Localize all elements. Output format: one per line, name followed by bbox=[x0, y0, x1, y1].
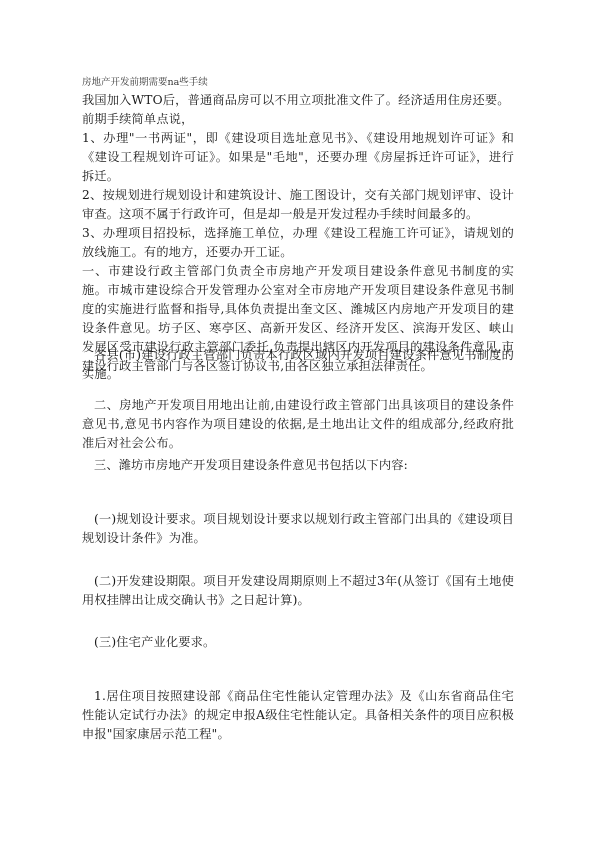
county-paragraph: 各县(市)建设行政主管部门负责本行政区域内开发项目建设条件意见书制度的实施。 bbox=[82, 346, 514, 384]
item-one-paragraph: 1.居住项目按照建设部《商品住宅性能认定管理办法》及《山东省商品住宅性能认定试行… bbox=[82, 687, 514, 745]
subsection-one-paragraph: (一)规划设计要求。项目规划设计要求以规划行政主管部门出具的《建设项目规划设计条… bbox=[82, 510, 514, 548]
document-title: 房地产开发前期需要na些手续 bbox=[82, 76, 514, 90]
section-two-paragraph: 二、房地产开发项目用地出让前,由建设行政主管部门出具该项目的建设条件意见书,意见… bbox=[82, 396, 514, 454]
subsection-three-heading: (三)住宅产业化要求。 bbox=[82, 633, 514, 652]
document-page: 房地产开发前期需要na些手续 我国加入WTO后，普通商品房可以不用立项批准文件了… bbox=[82, 76, 514, 376]
intro-step-1: 1、办理"一书两证"，即《建设项目选址意见书》、《建设用地规划许可证》和《建设工… bbox=[82, 129, 514, 186]
subsection-two-paragraph: (二)开发建设期限。项目开发建设周期原则上不超过3年(从签订《国有土地使用权挂牌… bbox=[82, 572, 514, 610]
intro-paragraph: 前期手续简单点说， bbox=[82, 110, 514, 129]
section-three-heading: 三、潍坊市房地产开发项目建设条件意见书包括以下内容: bbox=[82, 456, 514, 475]
intro-step-2: 2、按规划进行规划设计和建筑设计、施工图设计，交有关部门规划评审、设计审查。这项… bbox=[82, 186, 514, 224]
intro-paragraph: 我国加入WTO后，普通商品房可以不用立项批准文件了。经济适用住房还要。 bbox=[82, 91, 514, 110]
intro-step-3: 3、办理项目招投标，选择施工单位，办理《建设工程施工许可证》，请规划的放线施工。… bbox=[82, 224, 514, 262]
